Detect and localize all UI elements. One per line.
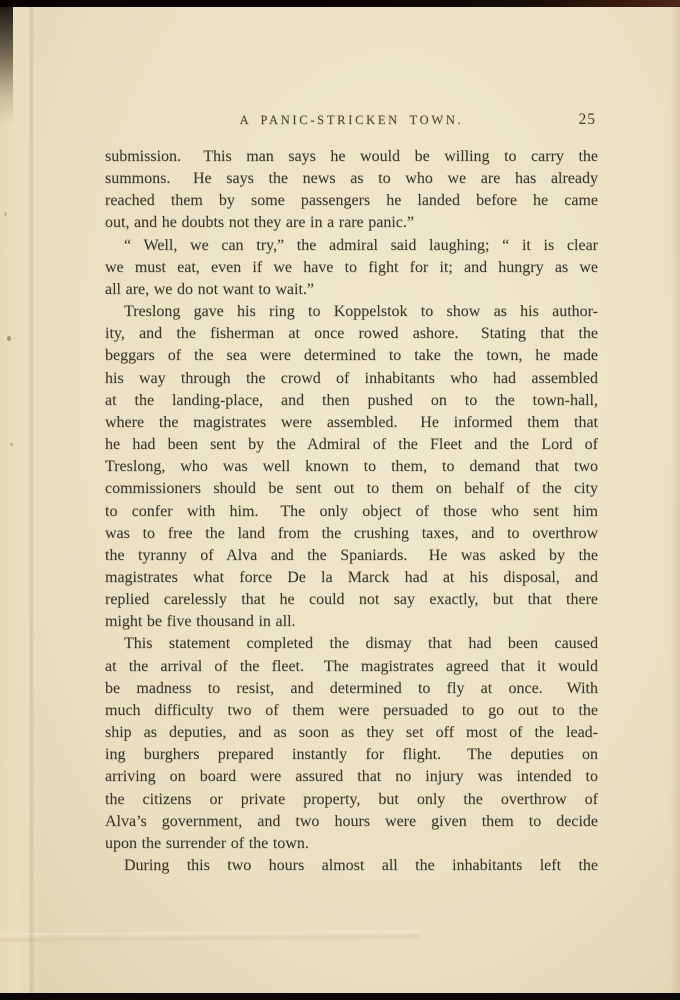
text-line: summons. He says the news as to who we a…	[105, 168, 598, 190]
text-line: at the landing-place, and then pushed on…	[105, 390, 598, 412]
paragraph: This statement completed the dismay that…	[105, 633, 598, 855]
text-line: be madness to resist, and determined to …	[105, 678, 598, 700]
page-right-edge-shadow	[670, 7, 680, 993]
text-line: arriving on board were assured that no i…	[105, 766, 598, 788]
running-header: A PANIC-STRICKEN TOWN. 25	[105, 113, 598, 133]
gutter-corner-shadow	[0, 0, 13, 125]
text-line: ity, and the fisherman at once rowed ash…	[105, 323, 598, 345]
text-line: at the arrival of the fleet. The magistr…	[105, 656, 598, 678]
bottom-binding-bar	[0, 993, 680, 1000]
text-line: Treslong gave his ring to Koppelstok to …	[105, 301, 598, 323]
text-line: out, and he doubts not they are in a rar…	[105, 212, 598, 234]
paper-speck	[7, 336, 11, 341]
text-line: the citizens or private property, but on…	[105, 789, 598, 811]
paper-speck	[10, 443, 13, 446]
paragraph: submission. This man says he would be wi…	[105, 146, 598, 235]
text-line: magistrates what force De la Marck had a…	[105, 567, 598, 589]
text-line: all are, we do not want to wait.”	[105, 279, 598, 301]
text-line: might be five thousand in all.	[105, 611, 598, 633]
text-block: submission. This man says he would be wi…	[105, 146, 598, 877]
text-line: the tyranny of Alva and the Spaniards. H…	[105, 545, 598, 567]
text-line: “ Well, we can try,” the admiral said la…	[105, 235, 598, 257]
text-line: to confer with him. The only object of t…	[105, 501, 598, 523]
top-binding-bar	[0, 0, 680, 7]
header-title: A PANIC-STRICKEN TOWN.	[105, 113, 598, 128]
paragraph: Treslong gave his ring to Koppelstok to …	[105, 301, 598, 633]
page-gutter-edge	[0, 7, 42, 993]
paper-crease	[0, 931, 420, 944]
text-line: ship as deputies, and as soon as they se…	[105, 722, 598, 744]
text-line: upon the surrender of the town.	[105, 833, 598, 855]
text-line: he had been sent by the Admiral of the F…	[105, 434, 598, 456]
text-line: commissioners should be sent out to them…	[105, 478, 598, 500]
text-line: ing burghers prepared instantly for flig…	[105, 744, 598, 766]
paragraph: During this two hours almost all the inh…	[105, 855, 598, 877]
text-line: was to free the land from the crushing t…	[105, 523, 598, 545]
text-line: submission. This man says he would be wi…	[105, 146, 598, 168]
gutter-fold-line	[27, 7, 35, 993]
book-page-scan: A PANIC-STRICKEN TOWN. 25 submission. Th…	[0, 0, 680, 1000]
text-line: his way through the crowd of inhabitants…	[105, 368, 598, 390]
text-line: we must eat, even if we have to fight fo…	[105, 257, 598, 279]
text-line: replied carelessly that he could not say…	[105, 589, 598, 611]
text-line: much difficulty two of them were persuad…	[105, 700, 598, 722]
text-line: Treslong, who was well known to them, to…	[105, 456, 598, 478]
text-line: Alva’s government, and two hours were gi…	[105, 811, 598, 833]
text-line: beggars of the sea were determined to ta…	[105, 345, 598, 367]
text-line: where the magistrates were assembled. He…	[105, 412, 598, 434]
page-number: 25	[579, 111, 597, 129]
paper-speck	[4, 212, 7, 216]
text-line: This statement completed the dismay that…	[105, 633, 598, 655]
text-line: reached them by some passengers he lande…	[105, 190, 598, 212]
paragraph: “ Well, we can try,” the admiral said la…	[105, 235, 598, 301]
text-line: During this two hours almost all the inh…	[105, 855, 598, 877]
